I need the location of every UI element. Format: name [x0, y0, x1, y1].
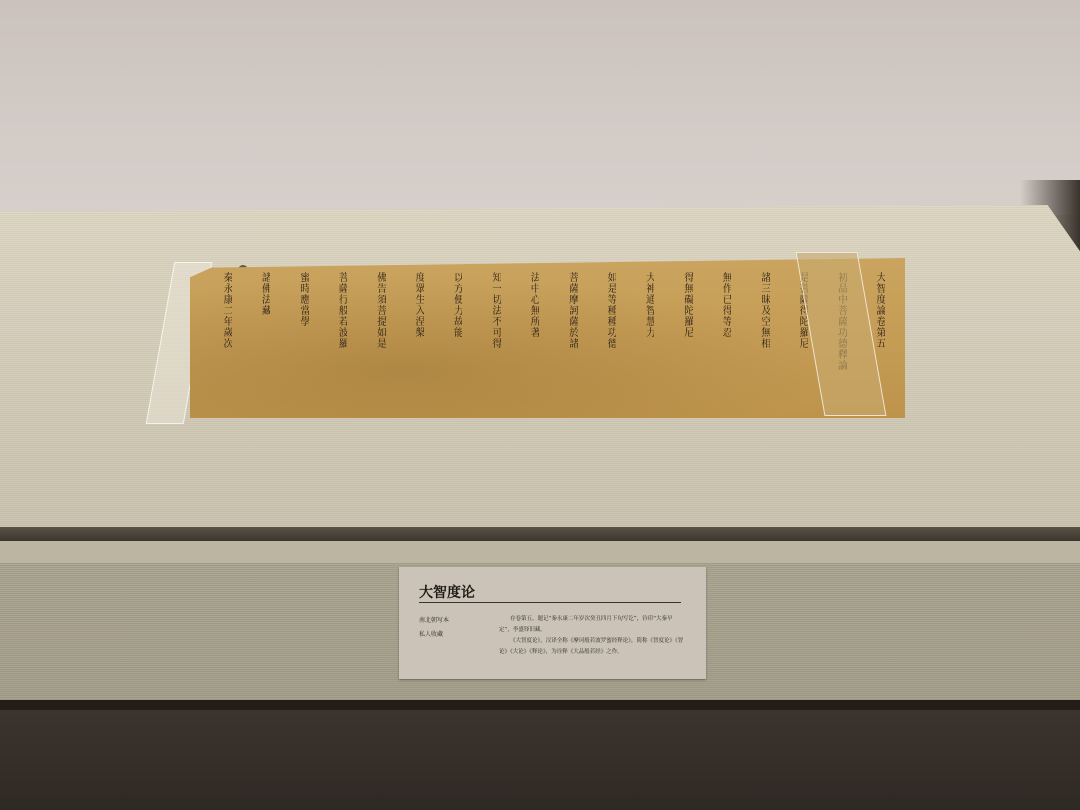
label-title: 大智度论 [419, 582, 475, 602]
label-collection: 私人收藏 [419, 628, 449, 642]
scroll-column: 諸三昧及空無相 [758, 272, 770, 400]
scroll-column: 得無礙陀羅尼 [681, 272, 693, 400]
label-meta: 南北朝写本 私人收藏 [419, 614, 449, 642]
scroll-column: 度眾生入涅槃 [412, 272, 424, 400]
scroll-column: 以方便力故能 [450, 272, 462, 400]
scroll-column: 無作已得等忍 [719, 272, 731, 400]
label-paragraph: 存卷第五。题记“秦永康二年岁次癸丑四月下旬写讫”，钤印“大秦早定”，李盛铎旧藏。 [499, 614, 684, 636]
label-description: 存卷第五。题记“秦永康二年岁次癸丑四月下旬写讫”，钤印“大秦早定”，李盛铎旧藏。… [499, 614, 684, 658]
scroll-column: 菩薩摩訶薩於諸 [566, 272, 578, 400]
scroll-column: 秦永康二年歲次 [220, 272, 232, 400]
label-paragraph: 《大智度论》，汉译全称《摩诃般若波罗蜜经释论》，简称《智度论》《智论》《大论》《… [499, 636, 684, 658]
display-plinth [0, 710, 1080, 810]
manuscript-scroll: 大智度論卷第五 初品中菩薩功德釋論 是菩薩得陀羅尼 諸三昧及空無相 無作已得等忍… [190, 258, 905, 418]
scroll-text-columns: 大智度論卷第五 初品中菩薩功德釋論 是菩薩得陀羅尼 諸三昧及空無相 無作已得等忍… [220, 272, 885, 400]
exhibit-label: 大智度论 南北朝写本 私人收藏 存卷第五。题记“秦永康二年岁次癸丑四月下旬写讫”… [399, 567, 706, 679]
scroll-column: 知一切法不可得 [489, 272, 501, 400]
display-case-edge [0, 527, 1080, 541]
scroll-column: 佛告須菩提如是 [374, 272, 386, 400]
display-case-band [0, 541, 1080, 563]
label-period: 南北朝写本 [419, 614, 449, 628]
case-base-shadow [0, 700, 1080, 710]
gallery-wall [0, 0, 1080, 215]
scroll-column: 大神通智慧力 [642, 272, 654, 400]
scroll-column: 如是等種種功德 [604, 272, 616, 400]
scroll-column: 諸佛法藏 [258, 272, 270, 400]
scroll-column: 菩薩行般若波羅 [335, 272, 347, 400]
scroll-column: 蜜時應當學 [297, 272, 309, 400]
scroll-column: 法中心無所著 [527, 272, 539, 400]
label-divider [419, 602, 681, 603]
